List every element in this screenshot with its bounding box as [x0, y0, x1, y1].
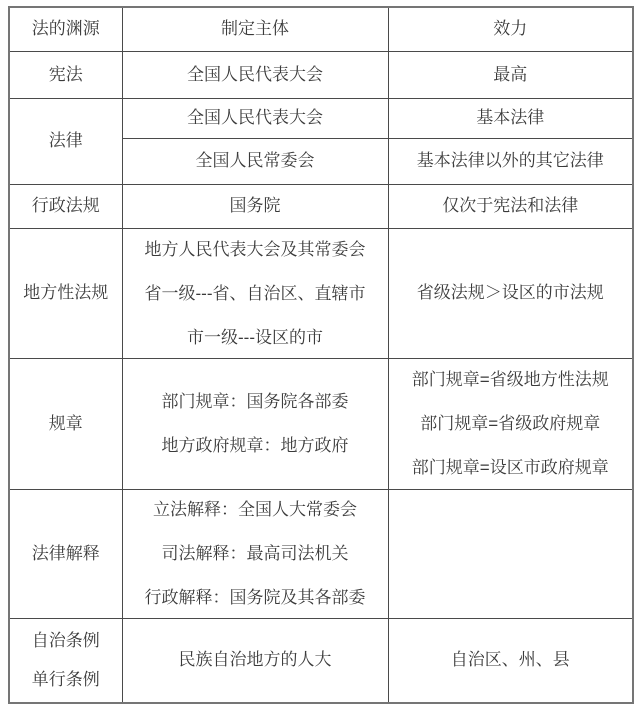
cell-effect-falv-npc: 基本法律 [388, 98, 633, 138]
cell-effect-xianfa: 最高 [388, 51, 633, 98]
cell-source-xingzheng-fagui: 行政法规 [9, 184, 122, 228]
body-line: 行政解释：国务院及其各部委 [123, 588, 388, 607]
cell-body-falv-npcsc: 全国人民常委会 [122, 138, 388, 184]
header-cell-source: 法的渊源 [9, 7, 122, 51]
cell-body-guizhang: 部门规章：国务院各部委 地方政府规章：地方政府 [122, 358, 388, 489]
body-line: 地方政府规章：地方政府 [123, 436, 388, 455]
cell-source-zizhi-tiaoli: 自治条例 单行条例 [9, 618, 122, 703]
table-row-difangxing-fagui: 地方性法规 地方人民代表大会及其常委会 省一级---省、自治区、直辖市 市一级-… [9, 228, 633, 358]
body-line: 省一级---省、自治区、直辖市 [123, 284, 388, 303]
law-sources-table: 法的渊源 制定主体 效力 宪法 全国人民代表大会 最高 法律 全国人民代表大会 … [8, 6, 634, 704]
cell-body-xingzheng-fagui: 国务院 [122, 184, 388, 228]
header-cell-body: 制定主体 [122, 7, 388, 51]
table-row-falv-sub1: 法律 全国人民代表大会 基本法律 [9, 98, 633, 138]
header-row: 法的渊源 制定主体 效力 [9, 7, 633, 51]
header-cell-effect: 效力 [388, 7, 633, 51]
cell-body-zizhi-tiaoli: 民族自治地方的人大 [122, 618, 388, 703]
cell-effect-falv-jieshi [388, 489, 633, 618]
cell-source-guizhang: 规章 [9, 358, 122, 489]
cell-body-difangxing-fagui: 地方人民代表大会及其常委会 省一级---省、自治区、直辖市 市一级---设区的市 [122, 228, 388, 358]
cell-source-xianfa: 宪法 [9, 51, 122, 98]
cell-effect-difangxing-fagui: 省级法规＞设区的市法规 [388, 228, 633, 358]
table-row-xingzheng-fagui: 行政法规 国务院 仅次于宪法和法律 [9, 184, 633, 228]
table-row-xianfa: 宪法 全国人民代表大会 最高 [9, 51, 633, 98]
cell-source-falv: 法律 [9, 98, 122, 184]
source-line: 单行条例 [10, 670, 122, 689]
body-line: 地方人民代表大会及其常委会 [123, 240, 388, 259]
cell-effect-falv-npcsc: 基本法律以外的其它法律 [388, 138, 633, 184]
table-row-falv-jieshi: 法律解释 立法解释：全国人大常委会 司法解释：最高司法机关 行政解释：国务院及其… [9, 489, 633, 618]
table-row-guizhang: 规章 部门规章：国务院各部委 地方政府规章：地方政府 部门规章=省级地方性法规 … [9, 358, 633, 489]
document-page: 法的渊源 制定主体 效力 宪法 全国人民代表大会 最高 法律 全国人民代表大会 … [0, 0, 641, 713]
effect-line: 部门规章=省级政府规章 [389, 414, 633, 433]
body-line: 立法解释：全国人大常委会 [123, 500, 388, 519]
cell-body-falv-jieshi: 立法解释：全国人大常委会 司法解释：最高司法机关 行政解释：国务院及其各部委 [122, 489, 388, 618]
cell-effect-guizhang: 部门规章=省级地方性法规 部门规章=省级政府规章 部门规章=设区市政府规章 [388, 358, 633, 489]
cell-source-difangxing-fagui: 地方性法规 [9, 228, 122, 358]
body-line: 部门规章：国务院各部委 [123, 392, 388, 411]
cell-body-xianfa: 全国人民代表大会 [122, 51, 388, 98]
effect-line: 部门规章=设区市政府规章 [389, 458, 633, 477]
cell-effect-zizhi-tiaoli: 自治区、州、县 [388, 618, 633, 703]
cell-body-falv-npc: 全国人民代表大会 [122, 98, 388, 138]
cell-source-falv-jieshi: 法律解释 [9, 489, 122, 618]
body-line: 司法解释：最高司法机关 [123, 544, 388, 563]
body-line: 市一级---设区的市 [123, 328, 388, 347]
cell-effect-xingzheng-fagui: 仅次于宪法和法律 [388, 184, 633, 228]
table-row-zizhi-tiaoli: 自治条例 单行条例 民族自治地方的人大 自治区、州、县 [9, 618, 633, 703]
effect-line: 部门规章=省级地方性法规 [389, 370, 633, 389]
source-line: 自治条例 [10, 631, 122, 650]
